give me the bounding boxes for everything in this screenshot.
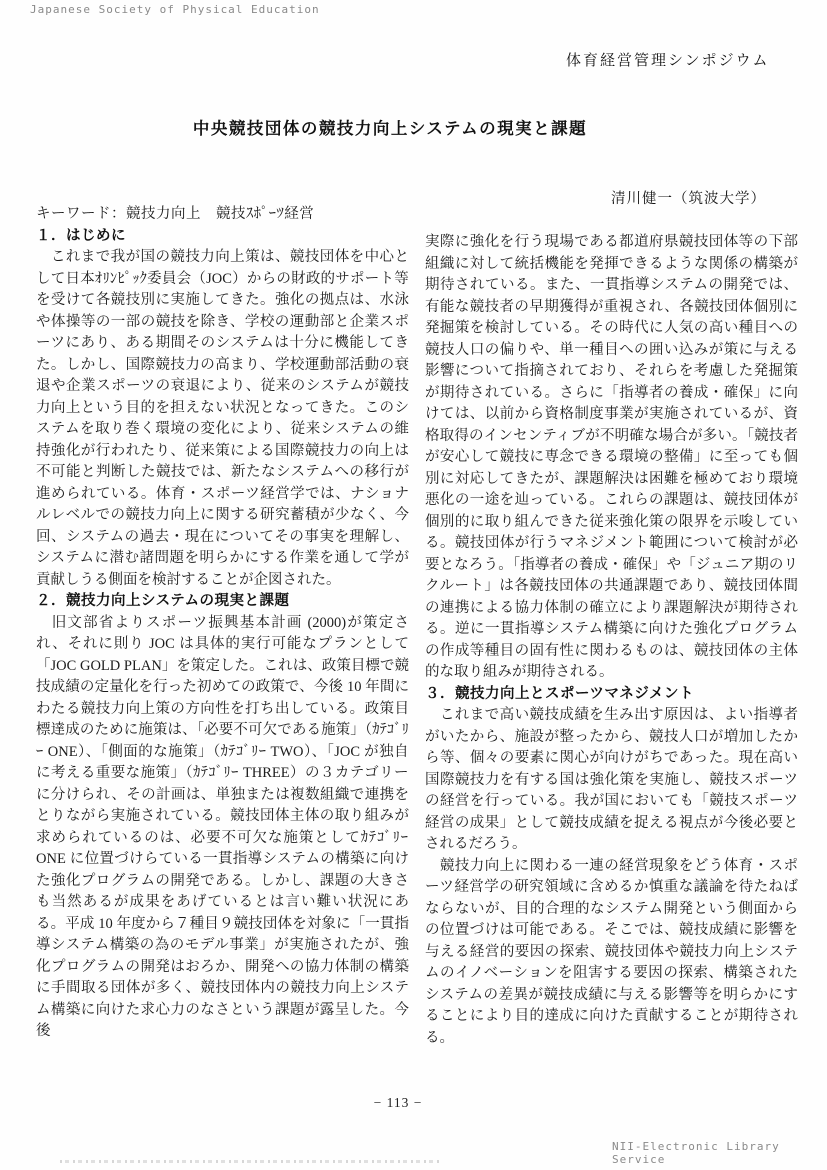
- two-column-body: キーワード：競技力向上 競技ｽﾎﾟｰﾂ経営 １．はじめに これまで我が国の競技力…: [36, 204, 798, 1049]
- symposium-label: 体育経営管理シンポジウム: [566, 49, 769, 70]
- section-1-body: これまで我が国の競技力向上策は、競技団体を中心として日本ｵﾘﾝﾋﾟｯｸ委員会（J…: [36, 247, 409, 591]
- section-2-body-continuation: 実際に強化を行う現場である都道府県競技団体等の下部組織に対して統括機能を発揮でき…: [425, 232, 798, 684]
- left-column: キーワード：競技力向上 競技ｽﾎﾟｰﾂ経営 １．はじめに これまで我が国の競技力…: [36, 204, 409, 1049]
- section-2-body-left: 旧文部省よりスポーツ振興基本計画 (2000)が策定され、それに則り JOC は…: [36, 613, 409, 1043]
- section-3-paragraph-1: これまで高い競技成績を生み出す原因は、よい指導者がいたから、施設が整ったから、競…: [425, 705, 798, 856]
- page-number: − 113 −: [0, 1095, 796, 1111]
- section-3-heading: ３．競技力向上とスポーツマネジメント: [425, 684, 798, 706]
- section-1-heading: １．はじめに: [36, 226, 409, 248]
- nii-library-service-label: NII-Electronic Library Service: [612, 1140, 827, 1166]
- scan-artifact-line: [60, 1160, 440, 1163]
- right-column: 実際に強化を行う現場である都道府県競技団体等の下部組織に対して統括機能を発揮でき…: [425, 204, 798, 1049]
- scanned-paper-page: Japanese Society of Physical Education 体…: [0, 0, 827, 1170]
- section-3-paragraph-2: 競技力向上に関わる一連の経営現象をどう体育・スポーツ経営学の研究領域に含めるか慎…: [425, 856, 798, 1050]
- library-stamp-header: Japanese Society of Physical Education: [30, 3, 320, 16]
- paper-title: 中央競技団体の競技力向上システムの現実と課題: [0, 115, 780, 139]
- section-2-heading: ２．競技力向上システムの現実と課題: [36, 591, 409, 613]
- keywords-line: キーワード：競技力向上 競技ｽﾎﾟｰﾂ経営: [36, 204, 409, 226]
